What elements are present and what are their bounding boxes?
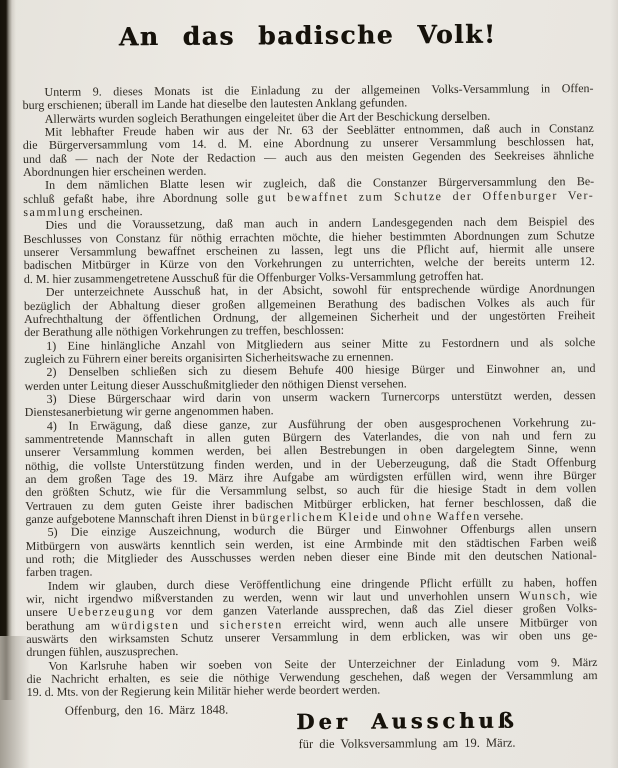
scan-shade-right xyxy=(610,0,618,768)
closing-block: Offenburg, den 16. März 1848. Der Aussch… xyxy=(27,700,598,768)
paragraph: 5) Die einzige Auszeichnung, wodurch die… xyxy=(26,522,597,579)
paragraph: Indem wir glauben, durch diese Veröffent… xyxy=(26,576,598,660)
emphasized-text: gut bewaffnet zum Schutze der Offenburge… xyxy=(257,188,594,204)
paragraph: Von Karlsruhe haben wir soeben von Seite… xyxy=(26,656,597,700)
body-text: Unterm 9. dieses Monats ist die Einladun… xyxy=(22,82,597,700)
document-content: An das badische Volk! Unterm 9. dieses M… xyxy=(22,0,598,768)
paragraph: Mit lebhafter Freude haben wir aus der N… xyxy=(23,122,594,179)
paragraph: In dem nämlichen Blatte lesen wir zuglei… xyxy=(23,175,594,219)
paragraph: 4) In Erwägung, daß diese ganze, zur Aus… xyxy=(25,416,597,527)
emphasized-text: würdigsten xyxy=(111,618,179,632)
committee-signature: Der Ausschuß xyxy=(257,708,557,733)
emphasized-text: Ueberzeugung xyxy=(68,604,156,619)
emphasized-text: sammlung xyxy=(23,205,85,219)
paragraph: Der unterzeichnete Ausschuß hat, in der … xyxy=(24,282,595,339)
paragraph: Unterm 9. dieses Monats ist die Einladun… xyxy=(22,82,593,113)
scanned-document-page: An das badische Volk! Unterm 9. dieses M… xyxy=(0,0,618,768)
emphasized-text: sichersten xyxy=(220,617,283,631)
signature-subtitle: für die Volksversammlung am 19. März. xyxy=(257,735,557,752)
signature-block: Der Ausschuß für die Volksversammlung am… xyxy=(257,708,557,752)
emphasized-text: Wunsch xyxy=(519,588,567,602)
emphasized-text: ohne Waffen xyxy=(403,509,481,524)
scan-shadow-left xyxy=(0,0,16,700)
paragraph: Dies und die Voraussetzung, daß man auch… xyxy=(23,215,594,286)
page-title: An das badische Volk! xyxy=(22,19,593,53)
text-line: 19. d. Mts. von der Regierung kein Milit… xyxy=(27,682,598,699)
date-line: Offenburg, den 16. März 1848. xyxy=(65,702,229,718)
